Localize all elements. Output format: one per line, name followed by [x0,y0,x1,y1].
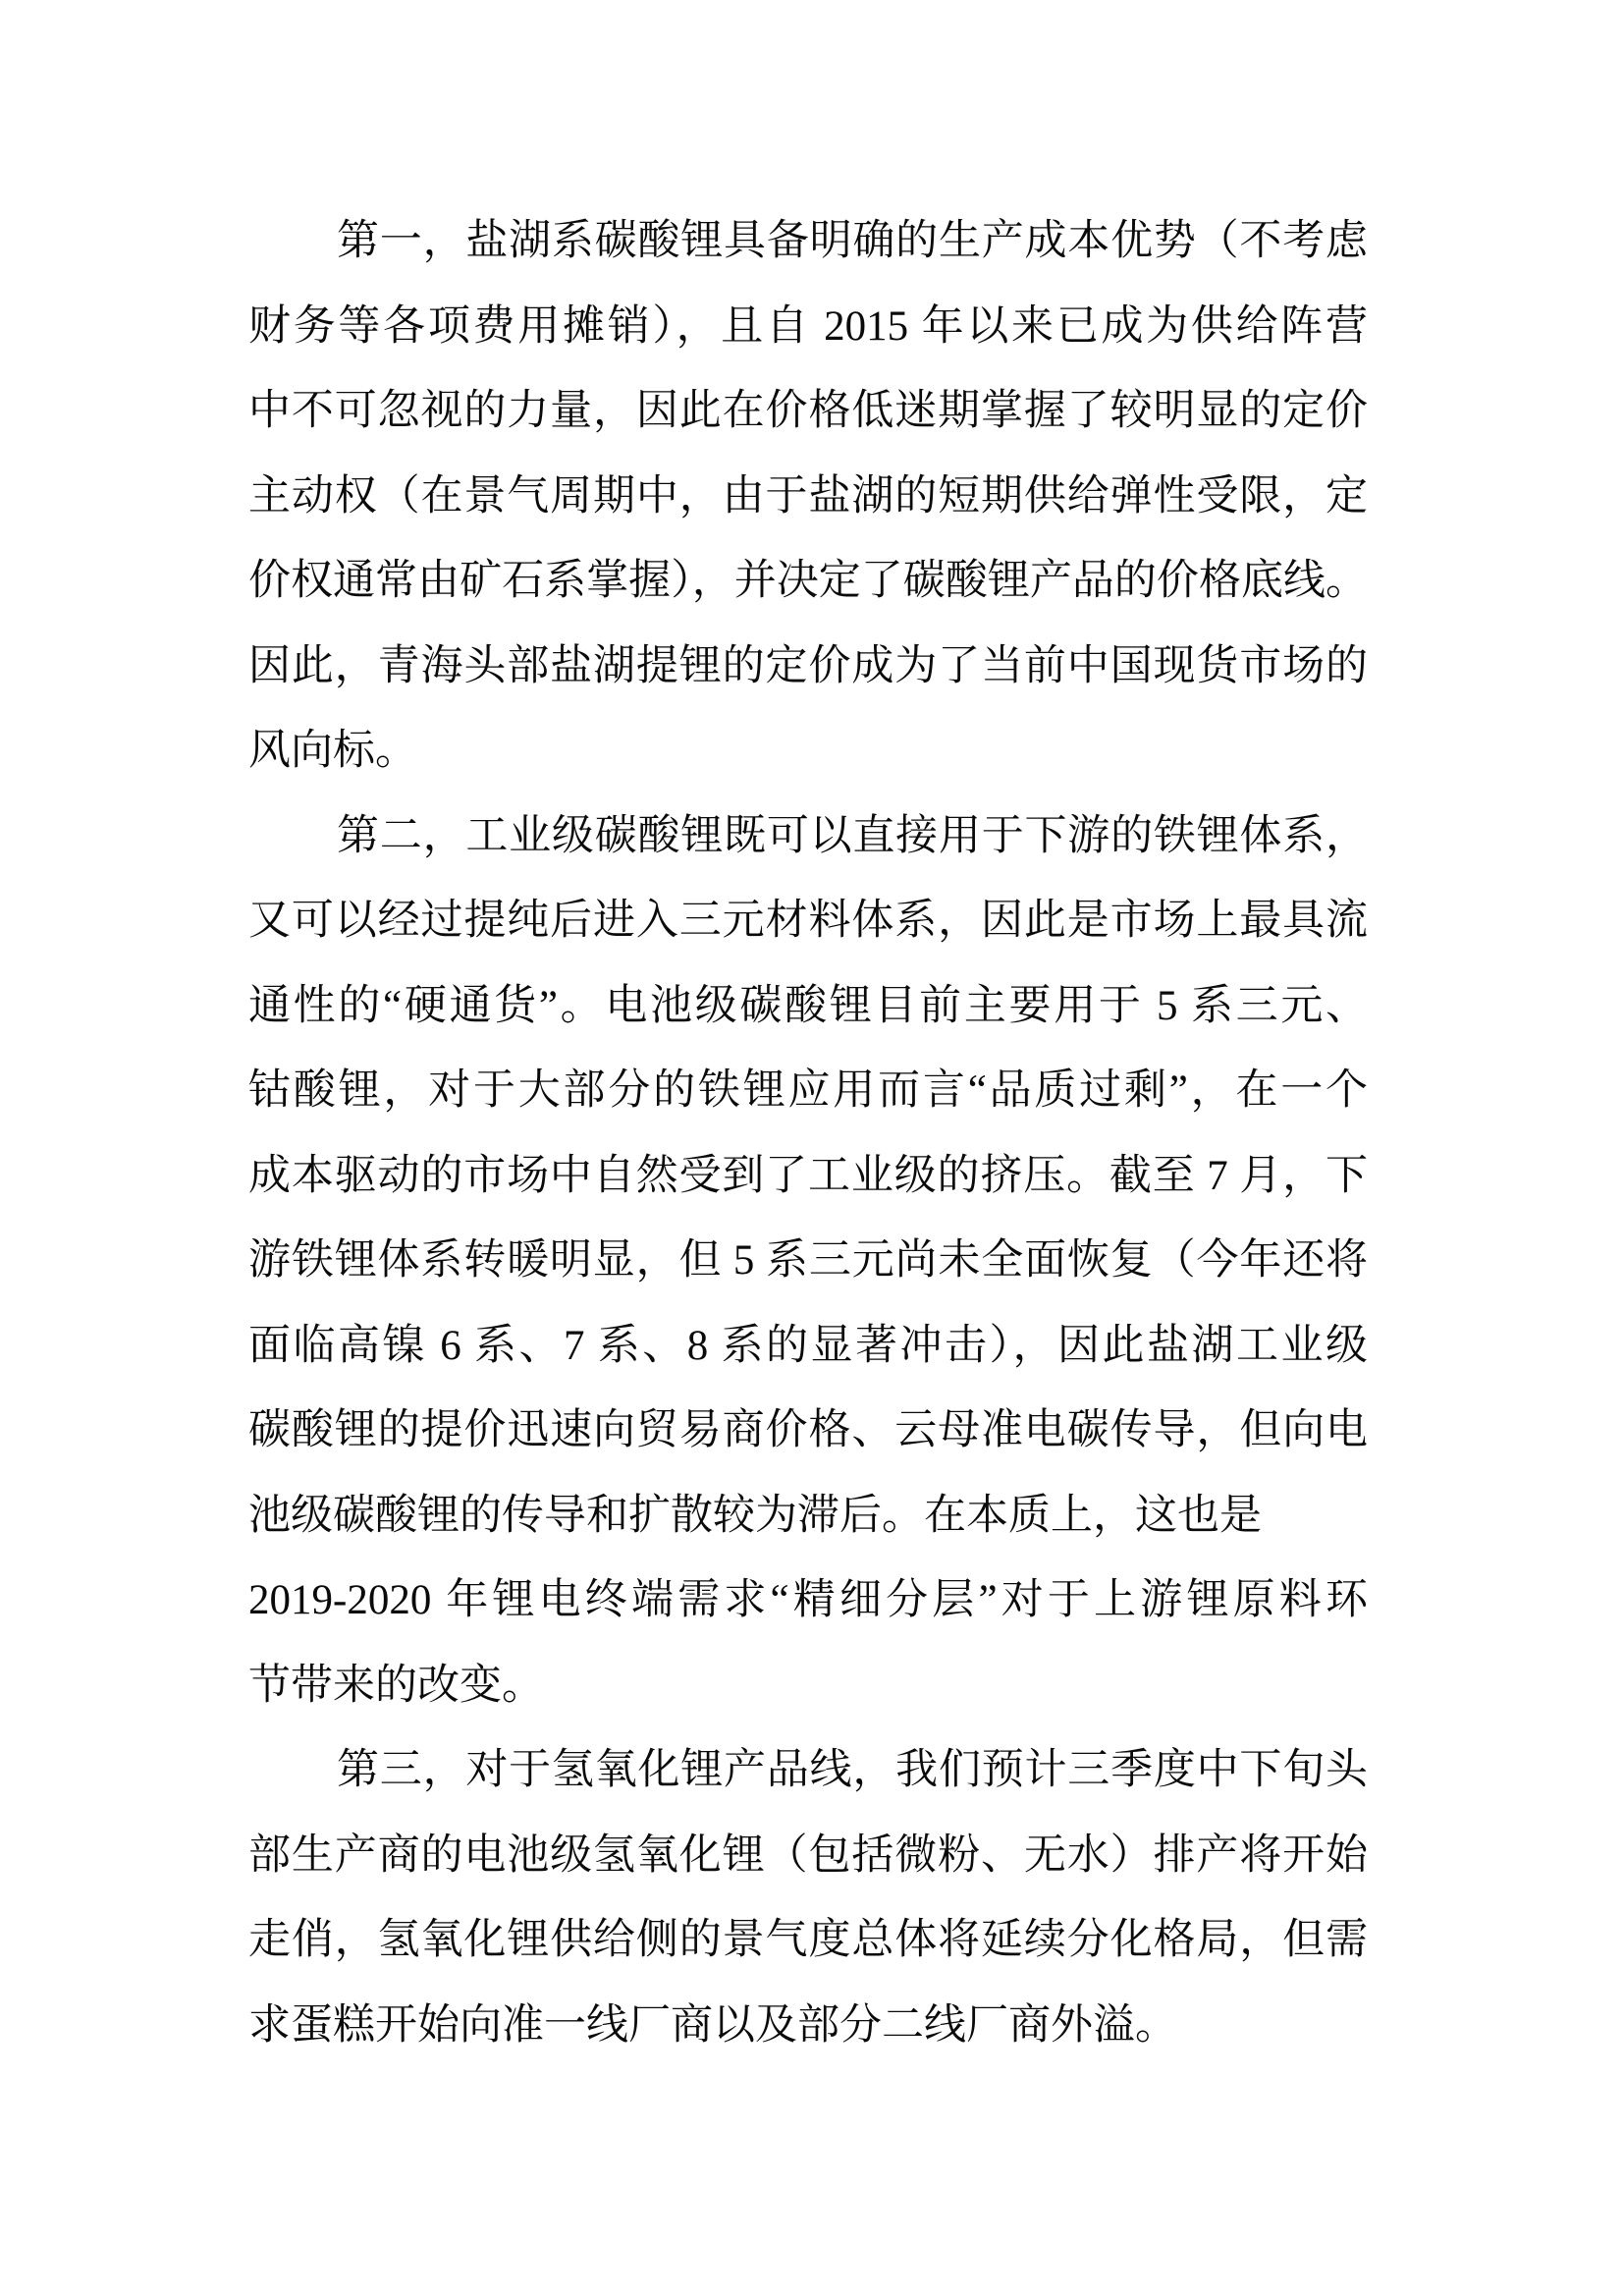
text-line: 财务等各项费用摊销），且自 2015 年以来已成为供给阵营 [248,285,1368,370]
text-line: 钴酸锂，对于大部分的铁锂应用而言“品质过剩”，在一个 [248,1049,1368,1134]
text-line: 主动权（在景气周期中，由于盐湖的短期供给弹性受限，定 [248,455,1368,540]
text-line: 节带来的改变。 [248,1644,1368,1729]
text-line: 成本驱动的市场中自然受到了工业级的挤压。截至 7 月，下 [248,1134,1368,1220]
text-line: 2019-2020 年锂电终端需求“精细分层”对于上游锂原料环 [248,1558,1368,1644]
document-body: 第一，盐湖系碳酸锂具备明确的生产成本优势（不考虑财务等各项费用摊销），且自 20… [248,199,1368,2068]
text-line: 池级碳酸锂的传导和扩散较为滞后。在本质上，这也是 [248,1474,1368,1559]
paragraph: 第二，工业级碳酸锂既可以直接用于下游的铁锂体系，又可以经过提纯后进入三元材料体系… [248,794,1368,1729]
text-line: 第三，对于氢氧化锂产品线，我们预计三季度中下旬头 [248,1728,1368,1814]
document-page: 第一，盐湖系碳酸锂具备明确的生产成本优势（不考虑财务等各项费用摊销），且自 20… [0,0,1623,2296]
text-line: 中不可忽视的力量，因此在价格低迷期掌握了较明显的定价 [248,369,1368,455]
paragraph: 第一，盐湖系碳酸锂具备明确的生产成本优势（不考虑财务等各项费用摊销），且自 20… [248,199,1368,794]
text-line: 游铁锂体系转暖明显，但 5 系三元尚未全面恢复（今年还将 [248,1219,1368,1304]
text-line: 求蛋糕开始向准一线厂商以及部分二线厂商外溢。 [248,1984,1368,2069]
text-line: 又可以经过提纯后进入三元材料体系，因此是市场上最具流 [248,879,1368,964]
paragraph: 第三，对于氢氧化锂产品线，我们预计三季度中下旬头部生产商的电池级氢氧化锂（包括微… [248,1728,1368,2068]
text-line: 部生产商的电池级氢氧化锂（包括微粉、无水）排产将开始 [248,1814,1368,1899]
text-line: 第一，盐湖系碳酸锂具备明确的生产成本优势（不考虑 [248,199,1368,285]
text-line: 碳酸锂的提价迅速向贸易商价格、云母准电碳传导，但向电 [248,1389,1368,1474]
text-line: 通性的“硬通货”。电池级碳酸锂目前主要用于 5 系三元、 [248,964,1368,1050]
text-line: 价权通常由矿石系掌握），并决定了碳酸锂产品的价格底线。 [248,539,1368,625]
text-line: 风向标。 [248,709,1368,794]
text-line: 走俏，氢氧化锂供给侧的景气度总体将延续分化格局，但需 [248,1898,1368,1984]
text-line: 面临高镍 6 系、7 系、8 系的显著冲击），因此盐湖工业级 [248,1304,1368,1390]
text-line: 第二，工业级碳酸锂既可以直接用于下游的铁锂体系， [248,794,1368,880]
text-line: 因此，青海头部盐湖提锂的定价成为了当前中国现货市场的 [248,625,1368,710]
